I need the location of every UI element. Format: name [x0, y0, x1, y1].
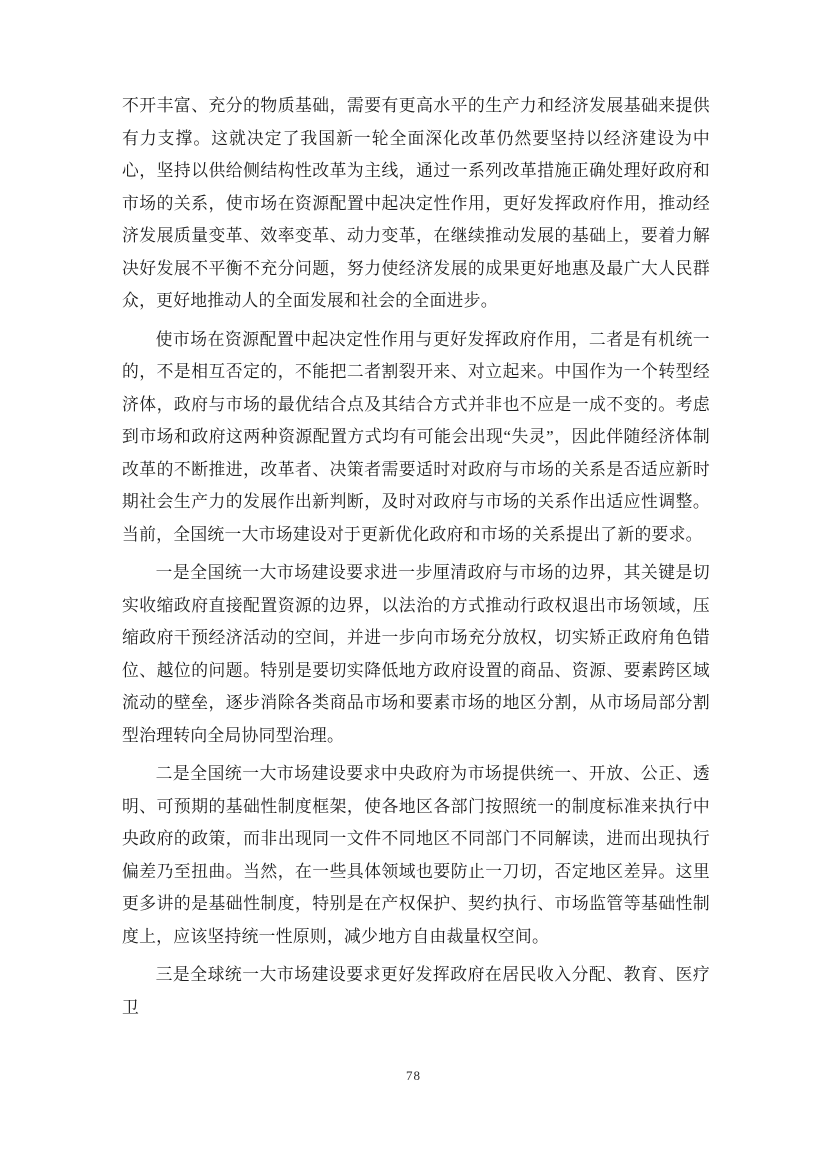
- paragraph: 一是全国统一大市场建设要求进一步厘清政府与市场的边界，其关键是切实收缩政府直接配…: [122, 557, 710, 752]
- page-body-text: 不开丰富、充分的物质基础，需要有更高水平的生产力和经济发展基础来提供有力支撑。这…: [122, 90, 710, 1024]
- document-page: 不开丰富、充分的物质基础，需要有更高水平的生产力和经济发展基础来提供有力支撑。这…: [0, 0, 827, 1169]
- page-number: 78: [0, 1068, 827, 1084]
- paragraph: 不开丰富、充分的物质基础，需要有更高水平的生产力和经济发展基础来提供有力支撑。这…: [122, 90, 710, 318]
- paragraph: 使市场在资源配置中起决定性作用与更好发挥政府作用，二者是有机统一的，不是相互否定…: [122, 324, 710, 552]
- paragraph: 三是全球统一大市场建设要求更好发挥政府在居民收入分配、教育、医疗卫: [122, 959, 710, 1024]
- paragraph: 二是全国统一大市场建设要求中央政府为市场提供统一、开放、公正、透明、可预期的基础…: [122, 758, 710, 953]
